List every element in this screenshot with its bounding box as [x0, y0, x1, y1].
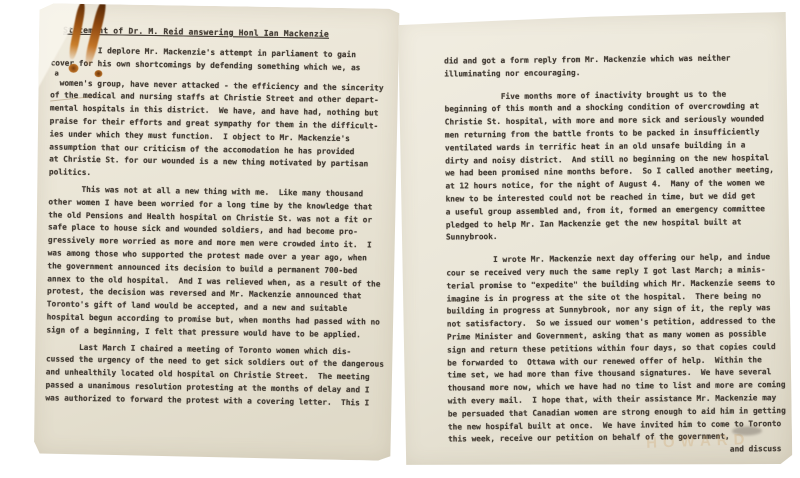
- paragraph: I deplore Mr. Mackenzie's attempt in par…: [49, 44, 393, 184]
- document-page-1: Statement of Dr. M. Reid answering Honl …: [32, 3, 399, 461]
- typed-line: illuminating nor encouraging.: [444, 65, 786, 81]
- paragraph: This was not at all a new thing with me.…: [46, 183, 390, 342]
- page-2-body: did and got a form reply from Mr. Macken…: [444, 52, 790, 459]
- photo-background: Statement of Dr. M. Reid answering Honl …: [0, 0, 800, 478]
- typed-line: Sunnybrook.: [446, 228, 788, 244]
- paragraph: did and got a form reply from Mr. Macken…: [444, 52, 786, 81]
- rust-stain: [68, 64, 78, 73]
- paragraph: Five months more of inactivity brought u…: [444, 88, 788, 245]
- page-1-body: I deplore Mr. Mackenzie's attempt in par…: [45, 44, 393, 410]
- document-page-2: HOWARD did and got a form reply from Mr.…: [396, 12, 793, 468]
- paragraph: Last March I chaired a meeting of Toront…: [45, 341, 388, 410]
- document-title: Statement of Dr. M. Reid answering Honl …: [63, 26, 393, 40]
- rust-stain: [94, 70, 102, 77]
